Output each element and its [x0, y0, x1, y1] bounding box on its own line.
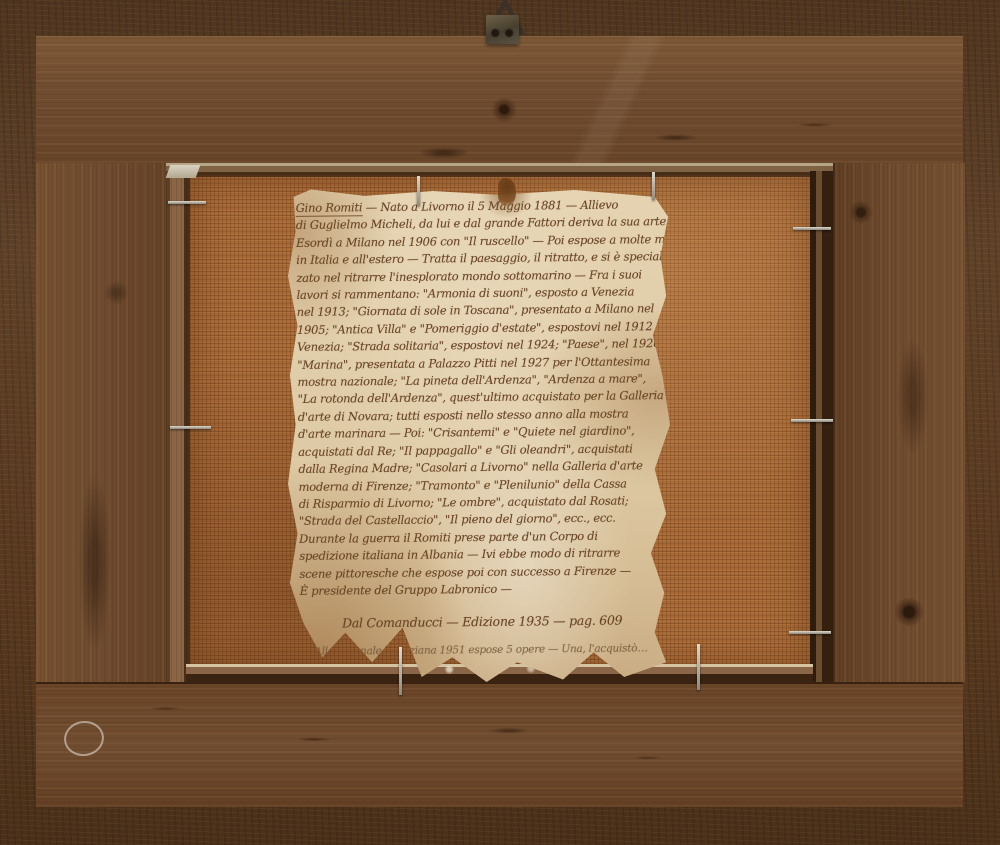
- glue-stain: [498, 178, 516, 206]
- label-text-block: Gino Romiti — Nato a Livorno il 5 Maggio…: [296, 196, 666, 661]
- stretcher-bar-top: [166, 163, 833, 177]
- frame-board-top: [36, 36, 963, 165]
- paper-line-first-rest: — Nato a Livorno il 5 Maggio 1881 — Alli…: [362, 198, 618, 215]
- canvas-nail: [170, 426, 211, 429]
- canvas-nail: [399, 647, 402, 695]
- paper-line: È presidente del Gruppo Labronico —: [300, 579, 665, 600]
- frame-board-left: [36, 163, 168, 682]
- canvas-nail: [697, 644, 700, 690]
- stretcher-corner-sliver: [166, 165, 201, 178]
- canvas-nail: [652, 172, 655, 200]
- canvas-nail: [417, 176, 420, 206]
- handwritten-label-paper: Gino Romiti — Nato a Livorno il 5 Maggio…: [288, 187, 670, 682]
- canvas-nail: [791, 419, 833, 422]
- frame-board-right: [833, 163, 965, 682]
- canvas-nail: [789, 631, 831, 634]
- hanger-plate: [486, 15, 519, 44]
- edition-line: Dal Comanducci — Edizione 1935 — pag. 60…: [342, 611, 665, 632]
- stretcher-bar-right: [810, 171, 833, 682]
- paper-text-lines: di Guglielmo Micheli, da lui e dal grand…: [296, 214, 665, 601]
- canvas-opening: Gino Romiti — Nato a Livorno il 5 Maggio…: [166, 163, 833, 682]
- frame-board-bottom: [36, 682, 963, 807]
- canvas-nail: [168, 201, 206, 204]
- canvas-nail: [793, 227, 831, 230]
- framed-painting-back-photo: Gino Romiti — Nato a Livorno il 5 Maggio…: [0, 0, 1000, 845]
- artist-name: Gino Romiti: [296, 200, 363, 217]
